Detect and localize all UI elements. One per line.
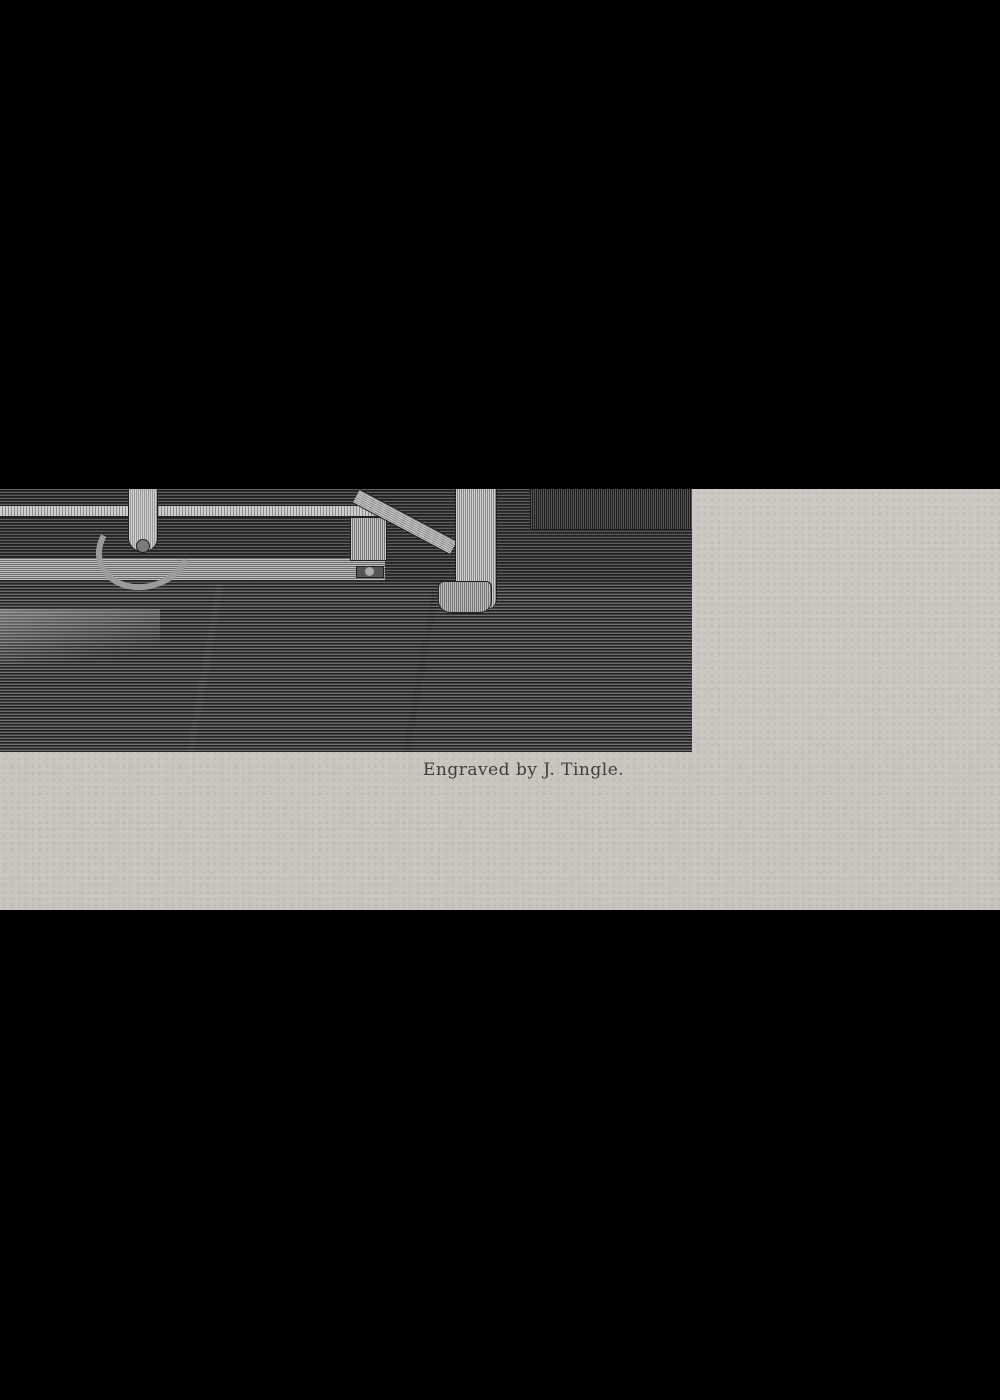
engraving-plate	[0, 489, 692, 752]
machine-rail	[0, 505, 380, 517]
letterbox-bottom	[0, 910, 1000, 1400]
support-block	[350, 517, 387, 561]
floor-highlight	[0, 609, 160, 664]
engraver-credit: Engraved by J. Tingle.	[423, 760, 693, 780]
machine-base-beam	[0, 557, 385, 581]
frame-foot	[438, 581, 492, 613]
shadowed-background	[530, 489, 692, 529]
letterbox-top	[0, 0, 1000, 489]
print-photo: Engraved by J. Tingle.	[0, 489, 1000, 910]
pivot-pin	[136, 539, 150, 553]
bolt-fitting	[356, 566, 384, 578]
